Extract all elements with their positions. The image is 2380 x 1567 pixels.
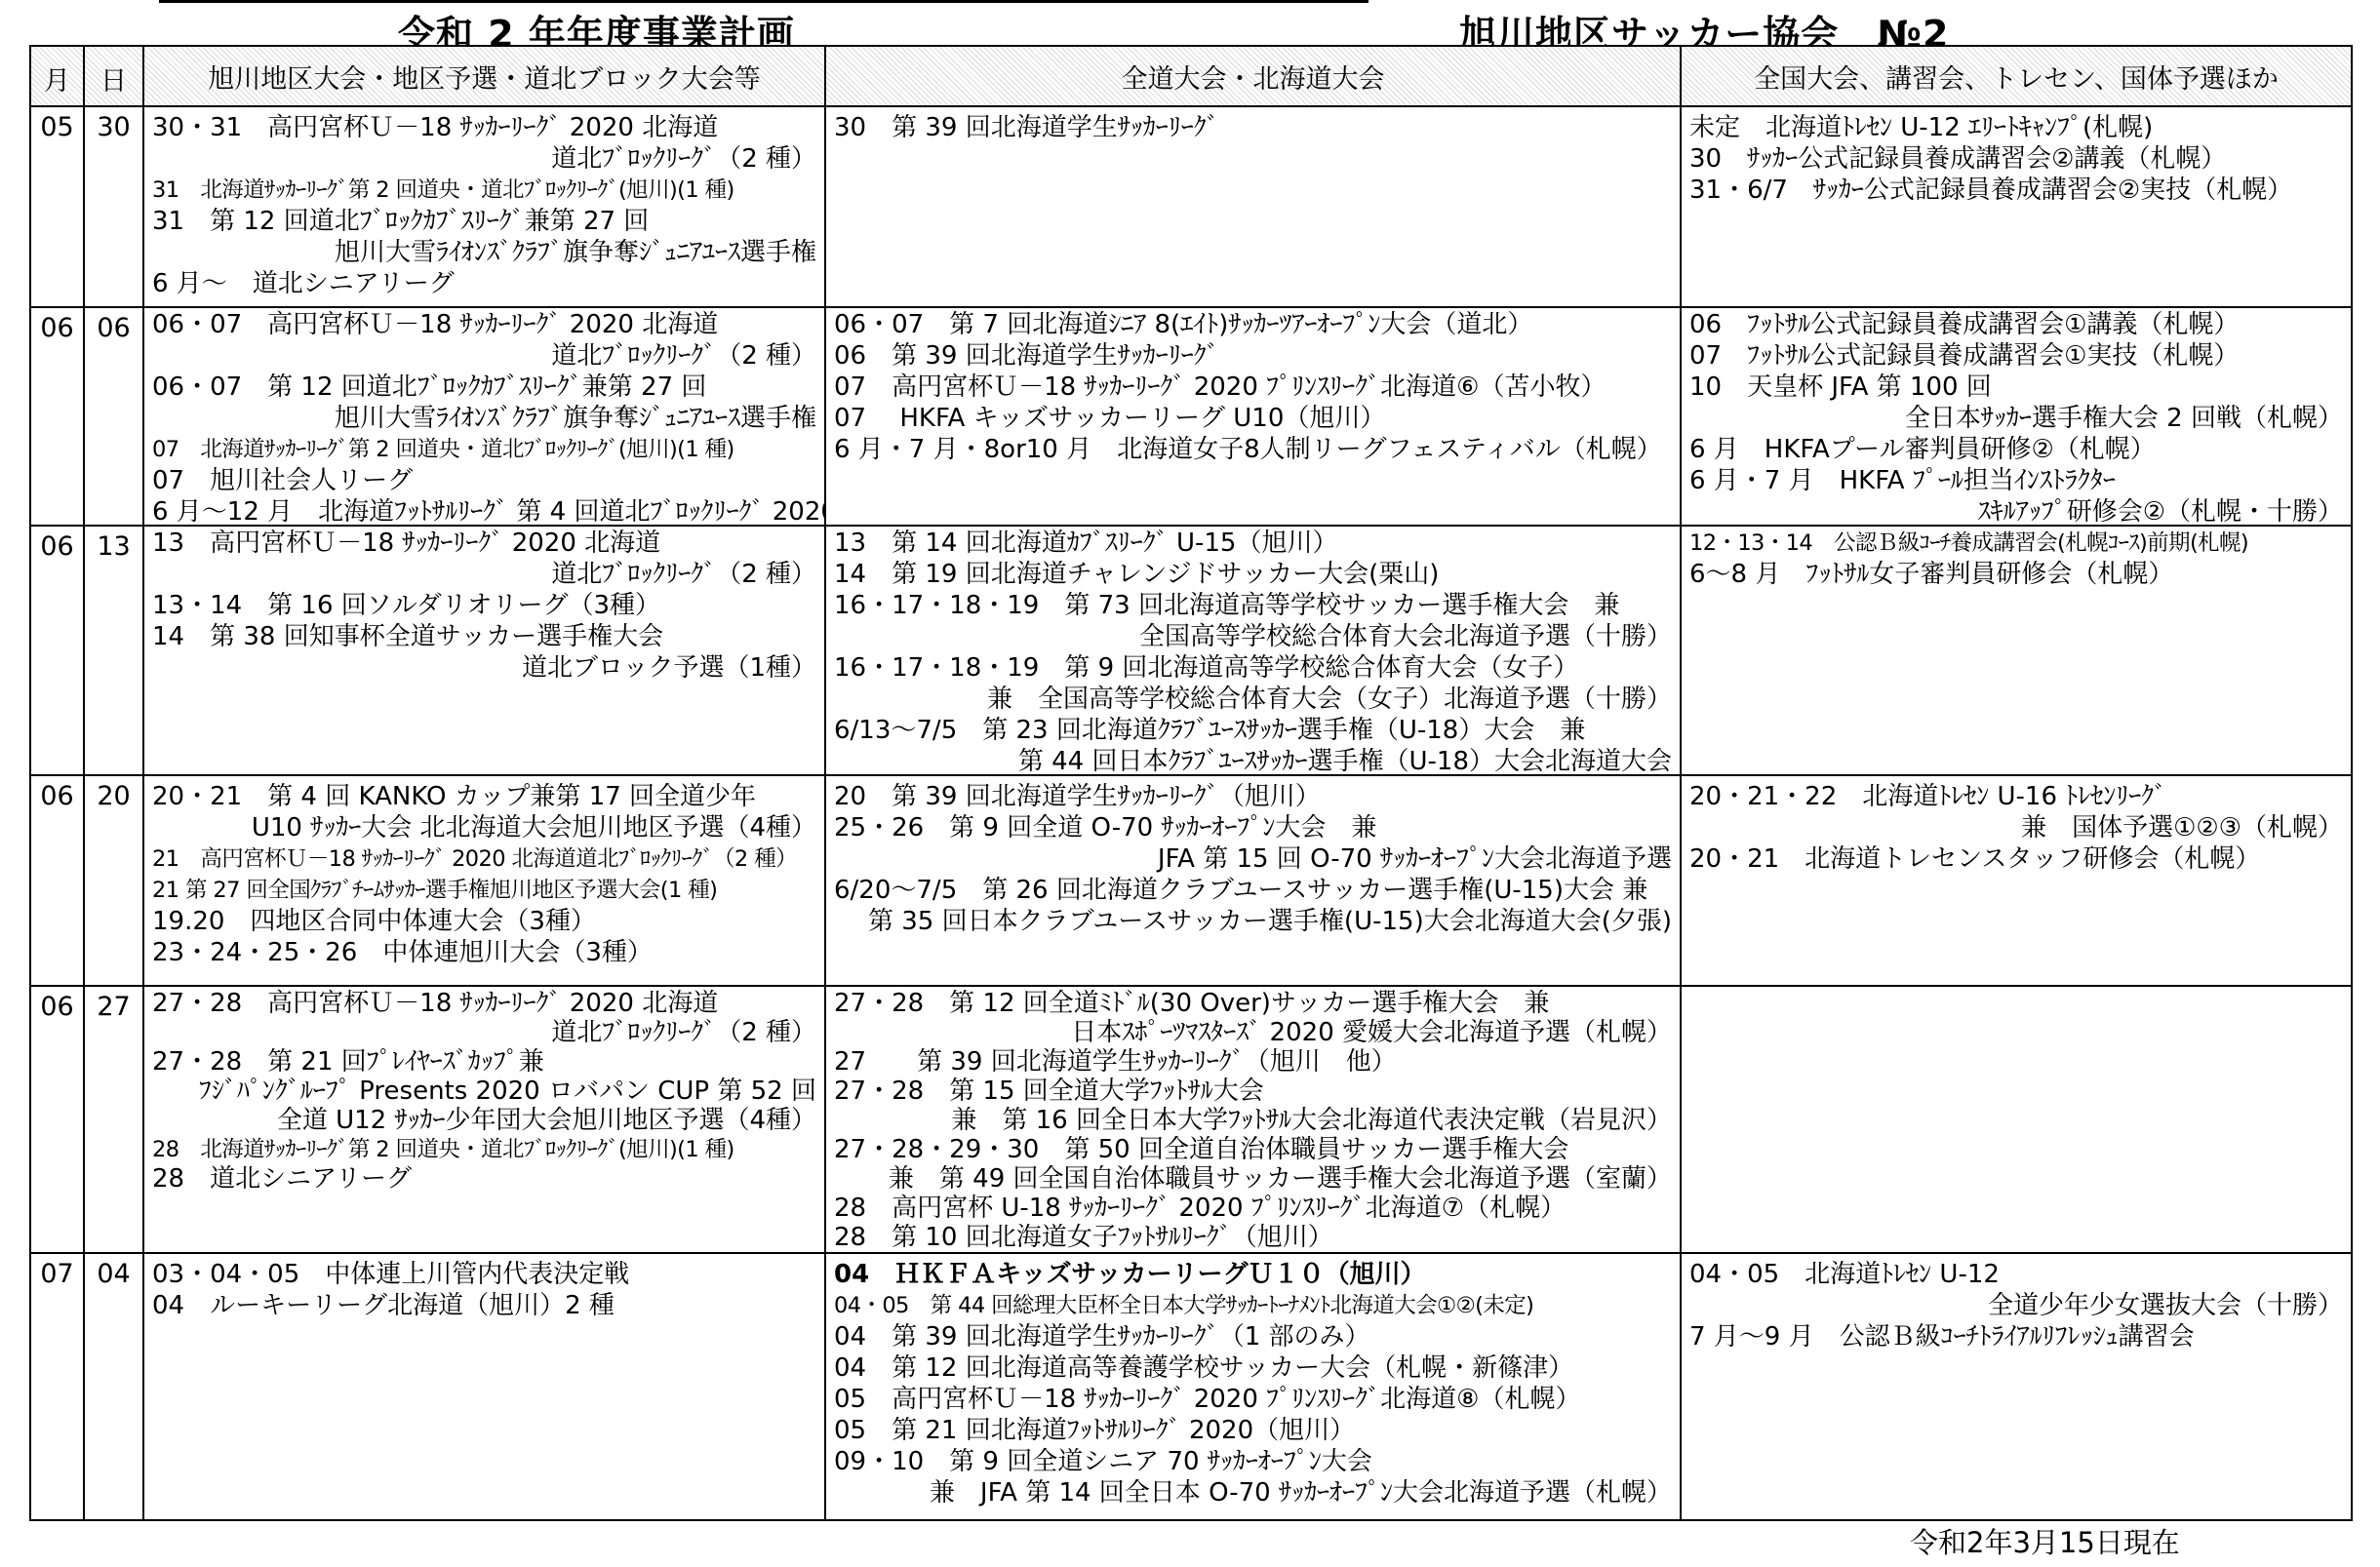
national-events-cell: 06 ﾌｯﾄｻﾙ公式記録員養成講習会①講義（札幌）07 ﾌｯﾄｻﾙ公式記録員養成…: [1682, 308, 2351, 527]
schedule-line: 25・26 第 9 回全道 O-70 ｻｯｶｰｵｰﾌﾟﾝ大会 兼: [826, 812, 1680, 843]
schedule-table: 月 日 旭川地区大会・地区予選・道北ブロック大会等 全道大会・北海道大会 全国大…: [29, 45, 2353, 1521]
schedule-line: 31・6/7 ｻｯｶｰ公式記録員養成講習会②実技（札幌）: [1682, 175, 2351, 206]
schedule-line: 道北ブロック予選（1種）: [144, 652, 824, 684]
schedule-line: 04 ＨＫＦＡキッズサッカーリーグＵ１０（旭川）: [826, 1259, 1680, 1290]
month-cell: 06: [31, 776, 85, 987]
schedule-line: 20・21・22 北海道ﾄﾚｾﾝ U-16 ﾄﾚｾﾝﾘｰｸﾞ: [1682, 781, 2351, 812]
schedule-line: 21 高円宮杯Ｕ－18 ｻｯｶｰﾘｰｸﾞ 2020 北海道道北ﾌﾞﾛｯｸﾘｰｸﾞ…: [144, 843, 824, 875]
district-events-cell: 30・31 高円宮杯Ｕ－18 ｻｯｶｰﾘｰｸﾞ 2020 北海道道北ﾌﾞﾛｯｸﾘ…: [144, 107, 826, 308]
hokkaido-events-cell: 30 第 39 回北海道学生ｻｯｶｰﾘｰｸﾞ: [826, 107, 1682, 308]
day-cell: 13: [85, 527, 144, 776]
schedule-line: U10 ｻｯｶｰ大会 北北海道大会旭川地区予選（4種）: [144, 812, 824, 843]
schedule-line: 道北ﾌﾞﾛｯｸﾘｰｸﾞ（2 種）: [144, 559, 824, 590]
schedule-line: 27・28 第 12 回全道ﾐﾄﾞﾙ(30 Over)サッカー選手権大会 兼: [826, 989, 1680, 1018]
schedule-line: 31 第 12 回道北ﾌﾞﾛｯｸｶﾌﾞｽﾘｰｸﾞ兼第 27 回: [144, 206, 824, 237]
day-cell: 30: [85, 107, 144, 308]
day-cell: 04: [85, 1254, 144, 1519]
schedule-line: 27・28 高円宮杯Ｕ－18 ｻｯｶｰﾘｰｸﾞ 2020 北海道: [144, 989, 824, 1018]
schedule-line: 16・17・18・19 第 73 回北海道高等学校サッカー選手権大会 兼: [826, 590, 1680, 621]
schedule-line: 10 天皇杯 JFA 第 100 回: [1682, 372, 2351, 403]
schedule-line: 03・04・05 中体連上川管内代表決定戦: [144, 1259, 824, 1290]
month-cell: 07: [31, 1254, 85, 1519]
national-events-cell: 12・13・14 公認Ｂ級ｺｰﾁ養成講習会(札幌ｺｰｽ)前期(札幌)6～8 月 …: [1682, 527, 2351, 776]
schedule-line: 21 第 27 回全国ｸﾗﾌﾞﾁｰﾑｻｯｶｰ選手権旭川地区予選大会(1 種): [144, 875, 824, 906]
schedule-line: 6 月・7 月・8or10 月 北海道女子8人制リーグフェスティバル（札幌）: [826, 434, 1680, 465]
schedule-line: 07 北海道ｻｯｶｰﾘｰｸﾞ第 2 回道央・道北ﾌﾞﾛｯｸﾘｰｸﾞ(旭川)(1 …: [144, 434, 824, 465]
schedule-line: 7 月～9 月 公認Ｂ級ｺｰﾁﾄﾗｲｱﾙﾘﾌﾚｯｼｭ講習会: [1682, 1321, 2351, 1352]
month-cell: 06: [31, 527, 85, 776]
schedule-line: 6 月～ 道北シニアリーグ: [144, 268, 824, 299]
schedule-line: 04 ルーキーリーグ北海道（旭川）2 種: [144, 1290, 824, 1321]
district-events-cell: 03・04・05 中体連上川管内代表決定戦04 ルーキーリーグ北海道（旭川）2 …: [144, 1254, 826, 1519]
day-cell: 20: [85, 776, 144, 987]
schedule-line: 28 北海道ｻｯｶｰﾘｰｸﾞ第 2 回道央・道北ﾌﾞﾛｯｸﾘｰｸﾞ(旭川)(1 …: [144, 1135, 824, 1164]
table-row: 053030・31 高円宮杯Ｕ－18 ｻｯｶｰﾘｰｸﾞ 2020 北海道道北ﾌﾞ…: [31, 107, 2351, 308]
district-events-cell: 27・28 高円宮杯Ｕ－18 ｻｯｶｰﾘｰｸﾞ 2020 北海道道北ﾌﾞﾛｯｸﾘ…: [144, 987, 826, 1254]
schedule-line: 06・07 第 12 回道北ﾌﾞﾛｯｸｶﾌﾞｽﾘｰｸﾞ兼第 27 回: [144, 372, 824, 403]
top-rule: [159, 0, 1368, 3]
schedule-line: 07 ﾌｯﾄｻﾙ公式記録員養成講習会①実技（札幌）: [1682, 340, 2351, 372]
page: 令和 2 年年度事業計画 旭川地区サッカー協会 №2 月 日 旭川地区大会・地区…: [0, 0, 2380, 1567]
schedule-line: 04・05 北海道ﾄﾚｾﾝ U-12: [1682, 1259, 2351, 1290]
district-events-cell: 13 高円宮杯Ｕ－18 ｻｯｶｰﾘｰｸﾞ 2020 北海道道北ﾌﾞﾛｯｸﾘｰｸﾞ…: [144, 527, 826, 776]
schedule-line: 第 44 回日本ｸﾗﾌﾞﾕｰｽｻｯｶｰ選手権（U-18）大会北海道大会: [826, 746, 1680, 776]
schedule-line: 未定 北海道ﾄﾚｾﾝ U-12 ｴﾘｰﾄｷｬﾝﾌﾟ(札幌): [1682, 112, 2351, 143]
schedule-line: 28 第 10 回北海道女子ﾌｯﾄｻﾙﾘｰｸﾞ（旭川）: [826, 1223, 1680, 1252]
schedule-line: 19.20 四地区合同中体連大会（3種）: [144, 906, 824, 937]
schedule-line: 道北ﾌﾞﾛｯｸﾘｰｸﾞ（2 種）: [144, 1018, 824, 1047]
schedule-line: 第 35 回日本クラブユースサッカー選手権(U-15)大会北海道大会(夕張): [826, 906, 1680, 937]
schedule-line: 6 月～12 月 北海道ﾌｯﾄｻﾙﾘｰｸﾞ 第 4 回道北ﾌﾞﾛｯｸﾘｰｸﾞ 2…: [144, 496, 824, 527]
schedule-line: 05 第 21 回北海道ﾌｯﾄｻﾙﾘｰｸﾞ 2020（旭川）: [826, 1415, 1680, 1446]
day-cell: 06: [85, 308, 144, 527]
schedule-line: 07 高円宮杯Ｕ－18 ｻｯｶｰﾘｰｸﾞ 2020 ﾌﾟﾘﾝｽﾘｰｸﾞ北海道⑥（…: [826, 372, 1680, 403]
schedule-line: 06 ﾌｯﾄｻﾙ公式記録員養成講習会①講義（札幌）: [1682, 309, 2351, 340]
schedule-line: 16・17・18・19 第 9 回北海道高等学校総合体育大会（女子）: [826, 652, 1680, 684]
schedule-line: 30 ｻｯｶｰ公式記録員養成講習会②講義（札幌）: [1682, 143, 2351, 175]
schedule-line: 日本ｽﾎﾟｰﾂﾏｽﾀｰｽﾞ 2020 愛媛大会北海道予選（札幌）: [826, 1018, 1680, 1047]
schedule-line: 06・07 第 7 回北海道ｼﾆｱ 8(ｴｲﾄ)ｻｯｶｰﾂｱｰｵｰﾌﾟﾝ大会（道…: [826, 309, 1680, 340]
schedule-line: 兼 第 16 回全日本大学ﾌｯﾄｻﾙ大会北海道代表決定戦（岩見沢）: [826, 1106, 1680, 1135]
schedule-line: 27 第 39 回北海道学生ｻｯｶｰﾘｰｸﾞ（旭川 他）: [826, 1047, 1680, 1077]
header-day: 日: [85, 47, 144, 107]
district-events-cell: 20・21 第 4 回 KANKO カップ兼第 17 回全道少年U10 ｻｯｶｰ…: [144, 776, 826, 987]
month-cell: 05: [31, 107, 85, 308]
national-events-cell: [1682, 987, 2351, 1254]
table-header-row: 月 日 旭川地区大会・地区予選・道北ブロック大会等 全道大会・北海道大会 全国大…: [31, 47, 2351, 107]
schedule-line: 13・14 第 16 回ソルダリオリーグ（3種）: [144, 590, 824, 621]
month-cell: 06: [31, 987, 85, 1254]
schedule-line: 13 第 14 回北海道ｶﾌﾞｽﾘｰｸﾞ U-15（旭川）: [826, 528, 1680, 559]
national-events-cell: 未定 北海道ﾄﾚｾﾝ U-12 ｴﾘｰﾄｷｬﾝﾌﾟ(札幌)30 ｻｯｶｰ公式記録…: [1682, 107, 2351, 308]
schedule-line: 6/13～7/5 第 23 回北海道ｸﾗﾌﾞﾕｰｽｻｯｶｰ選手権（U-18）大会…: [826, 715, 1680, 746]
table-row: 061313 高円宮杯Ｕ－18 ｻｯｶｰﾘｰｸﾞ 2020 北海道道北ﾌﾞﾛｯｸ…: [31, 527, 2351, 776]
schedule-line: 旭川大雪ﾗｲｵﾝｽﾞｸﾗﾌﾞ旗争奪ｼﾞｭﾆｱﾕｰｽ選手権: [144, 403, 824, 434]
schedule-line: 20・21 第 4 回 KANKO カップ兼第 17 回全道少年: [144, 781, 824, 812]
schedule-line: 兼 JFA 第 14 回全日本 O-70 ｻｯｶｰｵｰﾌﾟﾝ大会北海道予選（札幌…: [826, 1477, 1680, 1508]
schedule-line: 07 旭川社会人リーグ: [144, 465, 824, 496]
schedule-line: 04・05 第 44 回総理大臣杯全日本大学ｻｯｶｰﾄｰﾅﾒﾝﾄ北海道大会①②(…: [826, 1290, 1680, 1321]
schedule-line: 28 道北シニアリーグ: [144, 1164, 824, 1194]
schedule-line: 6～8 月 ﾌｯﾄｻﾙ女子審判員研修会（札幌）: [1682, 559, 2351, 590]
schedule-line: 6 月・7 月 HKFA ﾌﾟｰﾙ担当ｲﾝｽﾄﾗｸﾀｰ: [1682, 465, 2351, 496]
hokkaido-events-cell: 06・07 第 7 回北海道ｼﾆｱ 8(ｴｲﾄ)ｻｯｶｰﾂｱｰｵｰﾌﾟﾝ大会（道…: [826, 308, 1682, 527]
schedule-line: 30 第 39 回北海道学生ｻｯｶｰﾘｰｸﾞ: [826, 112, 1680, 143]
schedule-line: 04 第 39 回北海道学生ｻｯｶｰﾘｰｸﾞ（1 部のみ）: [826, 1321, 1680, 1352]
table-row: 060606・07 高円宮杯Ｕ－18 ｻｯｶｰﾘｰｸﾞ 2020 北海道道北ﾌﾞ…: [31, 308, 2351, 527]
schedule-line: 06 第 39 回北海道学生ｻｯｶｰﾘｰｸﾞ: [826, 340, 1680, 372]
schedule-line: 旭川大雪ﾗｲｵﾝｽﾞｸﾗﾌﾞ旗争奪ｼﾞｭﾆｱﾕｰｽ選手権: [144, 237, 824, 268]
schedule-line: 6 月 HKFAプール審判員研修②（札幌）: [1682, 434, 2351, 465]
hokkaido-events-cell: 04 ＨＫＦＡキッズサッカーリーグＵ１０（旭川）04・05 第 44 回総理大臣…: [826, 1254, 1682, 1519]
schedule-line: 07 HKFA キッズサッカーリーグ U10（旭川）: [826, 403, 1680, 434]
table-row: 070403・04・05 中体連上川管内代表決定戦04 ルーキーリーグ北海道（旭…: [31, 1254, 2351, 1519]
hokkaido-events-cell: 20 第 39 回北海道学生ｻｯｶｰﾘｰｸﾞ（旭川）25・26 第 9 回全道 …: [826, 776, 1682, 987]
schedule-line: 14 第 38 回知事杯全道サッカー選手権大会: [144, 621, 824, 652]
schedule-line: JFA 第 15 回 O-70 ｻｯｶｰｵｰﾌﾟﾝ大会北海道予選: [826, 843, 1680, 875]
schedule-line: 12・13・14 公認Ｂ級ｺｰﾁ養成講習会(札幌ｺｰｽ)前期(札幌): [1682, 528, 2351, 559]
schedule-line: 兼 全国高等学校総合体育大会（女子）北海道予選（十勝）: [826, 684, 1680, 715]
schedule-line: 28 高円宮杯 U-18 ｻｯｶｰﾘｰｸﾞ 2020 ﾌﾟﾘﾝｽﾘｰｸﾞ北海道⑦…: [826, 1194, 1680, 1223]
schedule-line: 09・10 第 9 回全道シニア 70 ｻｯｶｰｵｰﾌﾟﾝ大会: [826, 1446, 1680, 1477]
schedule-line: 兼 国体予選①②③（札幌）: [1682, 812, 2351, 843]
schedule-line: 全道少年少女選抜大会（十勝）: [1682, 1290, 2351, 1321]
schedule-line: ｽｷﾙｱｯﾌﾟ研修会②（札幌・十勝）: [1682, 496, 2351, 527]
schedule-line: 全国高等学校総合体育大会北海道予選（十勝）: [826, 621, 1680, 652]
hokkaido-events-cell: 27・28 第 12 回全道ﾐﾄﾞﾙ(30 Over)サッカー選手権大会 兼日本…: [826, 987, 1682, 1254]
table-row: 062020・21 第 4 回 KANKO カップ兼第 17 回全道少年U10 …: [31, 776, 2351, 987]
schedule-line: 兼 第 49 回全国自治体職員サッカー選手権大会北海道予選（室蘭）: [826, 1164, 1680, 1194]
header-hokkaido-events: 全道大会・北海道大会: [826, 47, 1682, 107]
header-month: 月: [31, 47, 85, 107]
schedule-line: 道北ﾌﾞﾛｯｸﾘｰｸﾞ（2 種）: [144, 143, 824, 175]
schedule-line: 20 第 39 回北海道学生ｻｯｶｰﾘｰｸﾞ（旭川）: [826, 781, 1680, 812]
district-events-cell: 06・07 高円宮杯Ｕ－18 ｻｯｶｰﾘｰｸﾞ 2020 北海道道北ﾌﾞﾛｯｸﾘ…: [144, 308, 826, 527]
schedule-line: 30・31 高円宮杯Ｕ－18 ｻｯｶｰﾘｰｸﾞ 2020 北海道: [144, 112, 824, 143]
day-cell: 27: [85, 987, 144, 1254]
schedule-line: 27・28 第 21 回ﾌﾟﾚｲﾔｰｽﾞｶｯﾌﾟ兼: [144, 1047, 824, 1077]
header-national-events: 全国大会、講習会、トレセン、国体予選ほか: [1682, 47, 2351, 107]
schedule-line: 道北ﾌﾞﾛｯｸﾘｰｸﾞ（2 種）: [144, 340, 824, 372]
hokkaido-events-cell: 13 第 14 回北海道ｶﾌﾞｽﾘｰｸﾞ U-15（旭川）14 第 19 回北海…: [826, 527, 1682, 776]
schedule-line: 05 高円宮杯Ｕ－18 ｻｯｶｰﾘｰｸﾞ 2020 ﾌﾟﾘﾝｽﾘｰｸﾞ北海道⑧（…: [826, 1384, 1680, 1415]
footer-date: 令和2年3月15日現在: [1910, 1521, 2180, 1561]
schedule-line: ﾌｼﾞﾊﾟﾝｸﾞﾙｰﾌﾟ Presents 2020 ロバパン CUP 第 52…: [144, 1077, 824, 1106]
schedule-line: 6/20～7/5 第 26 回北海道クラブユースサッカー選手権(U-15)大会 …: [826, 875, 1680, 906]
schedule-line: 06・07 高円宮杯Ｕ－18 ｻｯｶｰﾘｰｸﾞ 2020 北海道: [144, 309, 824, 340]
schedule-line: 14 第 19 回北海道チャレンジドサッカー大会(栗山): [826, 559, 1680, 590]
month-cell: 06: [31, 308, 85, 527]
national-events-cell: 04・05 北海道ﾄﾚｾﾝ U-12全道少年少女選抜大会（十勝）7 月～9 月 …: [1682, 1254, 2351, 1519]
schedule-line: 全道 U12 ｻｯｶｰ少年団大会旭川地区予選（4種）: [144, 1106, 824, 1135]
table-row: 062727・28 高円宮杯Ｕ－18 ｻｯｶｰﾘｰｸﾞ 2020 北海道道北ﾌﾞ…: [31, 987, 2351, 1254]
schedule-line: 04 第 12 回北海道高等養護学校サッカー大会（札幌・新篠津）: [826, 1352, 1680, 1384]
schedule-line: 27・28・29・30 第 50 回全道自治体職員サッカー選手権大会: [826, 1135, 1680, 1164]
schedule-line: 27・28 第 15 回全道大学ﾌｯﾄｻﾙ大会: [826, 1077, 1680, 1106]
header-district-events: 旭川地区大会・地区予選・道北ブロック大会等: [144, 47, 826, 107]
schedule-line: 全日本ｻｯｶｰ選手権大会 2 回戦（札幌）: [1682, 403, 2351, 434]
schedule-line: 31 北海道ｻｯｶｰﾘｰｸﾞ第 2 回道央・道北ﾌﾞﾛｯｸﾘｰｸﾞ(旭川)(1 …: [144, 175, 824, 206]
schedule-line: 20・21 北海道トレセンスタッフ研修会（札幌）: [1682, 843, 2351, 875]
schedule-line: 13 高円宮杯Ｕ－18 ｻｯｶｰﾘｰｸﾞ 2020 北海道: [144, 528, 824, 559]
national-events-cell: 20・21・22 北海道ﾄﾚｾﾝ U-16 ﾄﾚｾﾝﾘｰｸﾞ兼 国体予選①②③（…: [1682, 776, 2351, 987]
schedule-line: 23・24・25・26 中体連旭川大会（3種）: [144, 937, 824, 968]
